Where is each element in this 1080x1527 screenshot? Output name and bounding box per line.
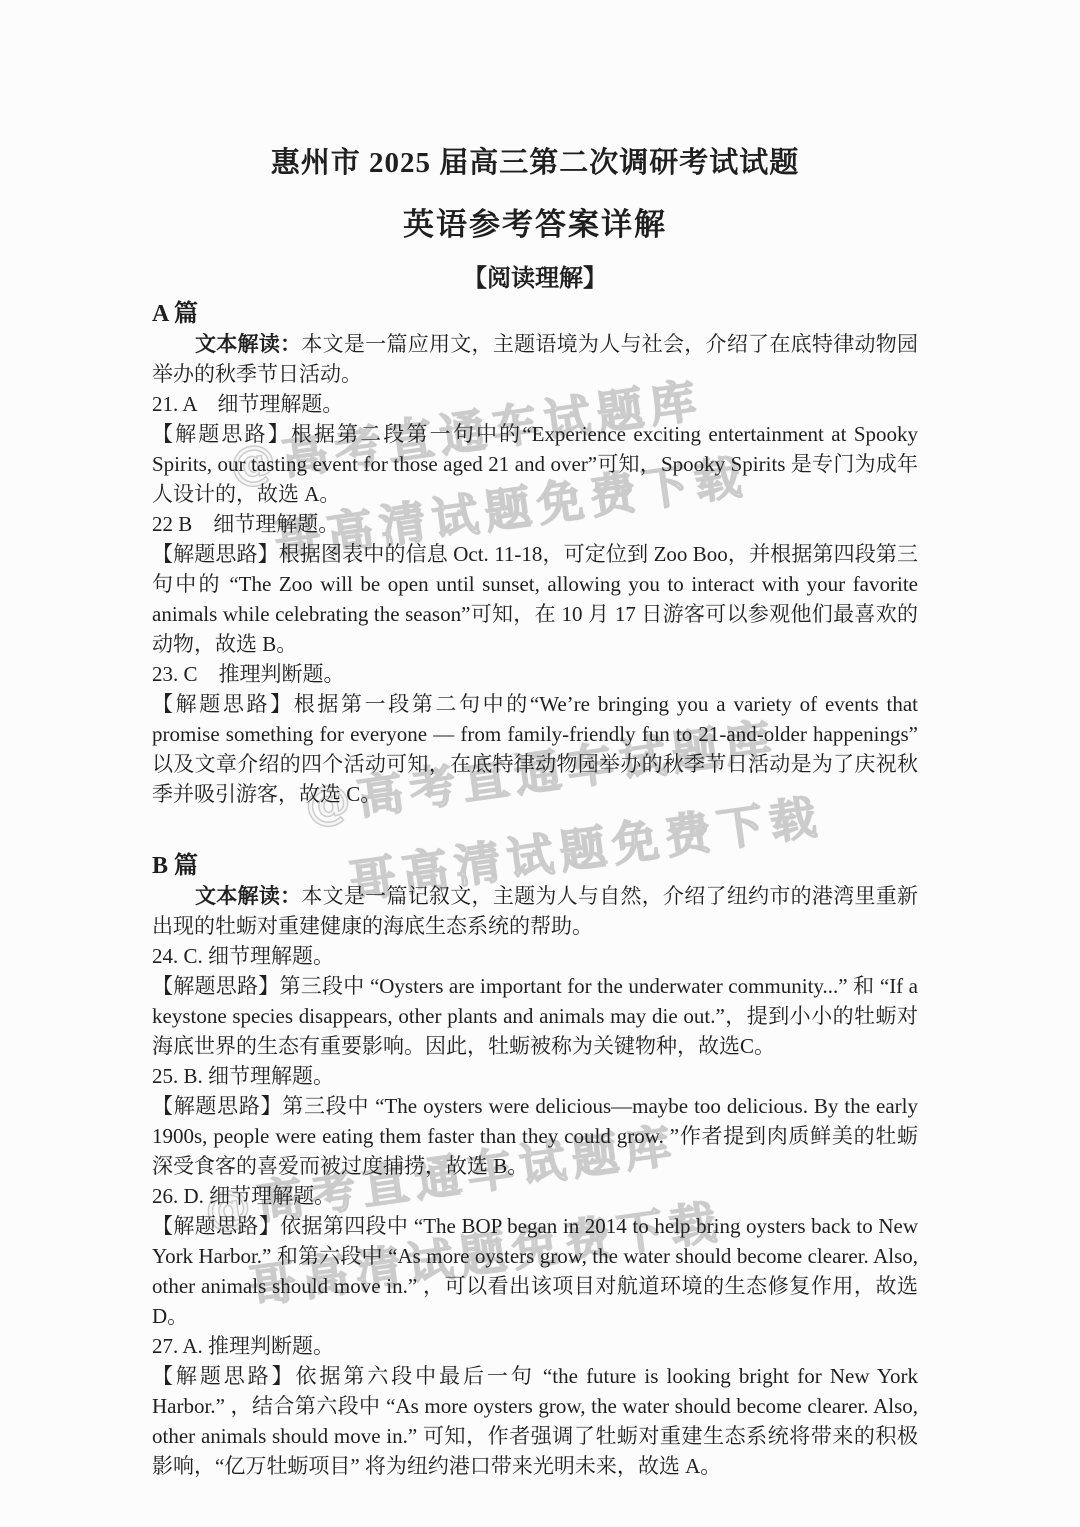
passage-b-label: B 篇: [152, 851, 918, 881]
analysis-paragraph: 【解题思路】根据第一段第二句中的“We’re bringing you a va…: [152, 689, 918, 809]
doc-title: 惠州市 2025 届高三第二次调研考试试题: [152, 140, 918, 181]
answer-line: 22 B 细节理解题。: [152, 509, 918, 539]
passage-a: A 篇 文本解读：本文是一篇应用文，主题语境为人与社会，介绍了在底特律动物园举办…: [152, 299, 918, 809]
doc-subtitle: 英语参考答案详解: [152, 199, 918, 244]
analysis-paragraph: 【解题思路】第三段中 “The oysters were delicious—m…: [152, 1091, 918, 1181]
document-page: @高考直通车试题库 哥高清试题免费下载 @高考直通车试题库 哥高清试题免费下载 …: [0, 0, 1080, 1527]
passage-b: B 篇 文本解读：本文是一篇记叙文，主题为人与自然，介绍了纽约市的港湾里重新出现…: [152, 851, 918, 1481]
passage-a-intro: 文本解读：本文是一篇应用文，主题语境为人与社会，介绍了在底特律动物园举办的秋季节…: [152, 329, 918, 389]
analysis-paragraph: 【解题思路】根据图表中的信息 Oct. 11-18，可定位到 Zoo Boo，并…: [152, 539, 918, 659]
intro-label: 文本解读：: [195, 884, 301, 908]
section-heading-reading-comprehension: 【阅读理解】: [152, 258, 918, 293]
question-23: 23. C 推理判断题。 【解题思路】根据第一段第二句中的“We’re brin…: [152, 659, 918, 809]
question-26: 26. D. 细节理解题。 【解题思路】依据第四段中 “The BOP bega…: [152, 1181, 918, 1331]
question-21: 21. A 细节理解题。 【解题思路】根据第二段第一句中的“Experience…: [152, 389, 918, 509]
question-25: 25. B. 细节理解题。 【解题思路】第三段中 “The oysters we…: [152, 1061, 918, 1181]
analysis-paragraph: 【解题思路】依据第六段中最后一句 “the future is looking …: [152, 1361, 918, 1481]
passage-b-intro: 文本解读：本文是一篇记叙文，主题为人与自然，介绍了纽约市的港湾里重新出现的牡蛎对…: [152, 881, 918, 941]
question-22: 22 B 细节理解题。 【解题思路】根据图表中的信息 Oct. 11-18，可定…: [152, 509, 918, 659]
question-24: 24. C. 细节理解题。 【解题思路】第三段中 “Oysters are im…: [152, 941, 918, 1061]
answer-line: 21. A 细节理解题。: [152, 389, 918, 419]
analysis-paragraph: 【解题思路】根据第二段第一句中的“Experience exciting ent…: [152, 419, 918, 509]
question-27: 27. A. 推理判断题。 【解题思路】依据第六段中最后一句 “the futu…: [152, 1331, 918, 1481]
analysis-paragraph: 【解题思路】依据第四段中 “The BOP began in 2014 to h…: [152, 1211, 918, 1331]
answer-line: 27. A. 推理判断题。: [152, 1331, 918, 1361]
answer-line: 23. C 推理判断题。: [152, 659, 918, 689]
answer-line: 26. D. 细节理解题。: [152, 1181, 918, 1211]
document-content: 惠州市 2025 届高三第二次调研考试试题 英语参考答案详解 【阅读理解】 A …: [0, 0, 1080, 1481]
intro-label: 文本解读：: [195, 332, 301, 356]
passage-a-label: A 篇: [152, 299, 918, 329]
answer-line: 24. C. 细节理解题。: [152, 941, 918, 971]
answer-line: 25. B. 细节理解题。: [152, 1061, 918, 1091]
analysis-paragraph: 【解题思路】第三段中 “Oysters are important for th…: [152, 971, 918, 1061]
